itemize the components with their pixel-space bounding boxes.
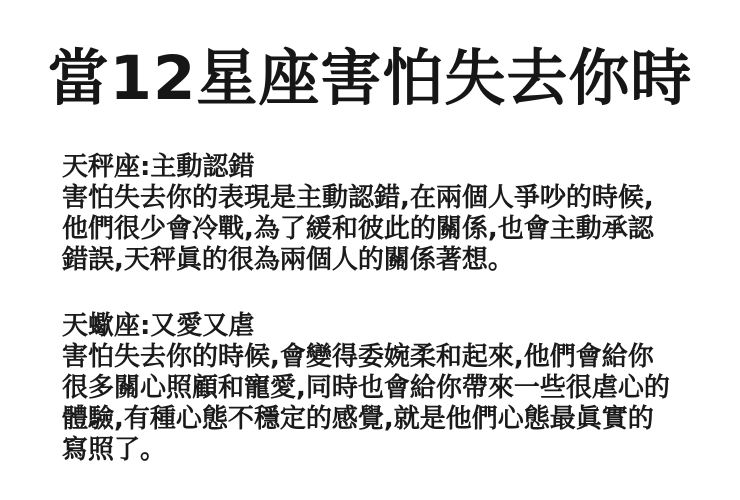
page-title: 當12星座害怕失去你時	[0, 44, 740, 114]
body-line: 錯誤,天秤眞的很為兩個人的關係著想。	[62, 245, 702, 276]
section-heading-libra: 天秤座:主動認錯	[62, 152, 702, 183]
body-line: 很多關心照顧和寵愛,同時也會給你帶來一些很虐心的	[62, 373, 702, 404]
body-line: 體驗,有種心態不穩定的感覺,就是他們心態最眞實的	[62, 404, 702, 435]
body-line: 寫照了。	[62, 435, 702, 466]
text-graphic-page: 當12星座害怕失去你時 天秤座:主動認錯 害怕失去你的表現是主動認錯,在兩個人爭…	[0, 0, 740, 500]
body-line: 害怕失去你的時候,會變得委婉柔和起來,他們會給你	[62, 342, 702, 373]
body-line: 害怕失去你的表現是主動認錯,在兩個人爭吵的時候,	[62, 183, 702, 214]
zodiac-section-libra: 天秤座:主動認錯 害怕失去你的表現是主動認錯,在兩個人爭吵的時候, 他們很少會冷…	[62, 152, 702, 276]
section-heading-scorpio: 天蠍座:又愛又虐	[62, 311, 702, 342]
body-line: 他們很少會冷戰,為了緩和彼此的關係,也會主動承認	[62, 214, 702, 245]
zodiac-section-scorpio: 天蠍座:又愛又虐 害怕失去你的時候,會變得委婉柔和起來,他們會給你 很多關心照顧…	[62, 311, 702, 466]
